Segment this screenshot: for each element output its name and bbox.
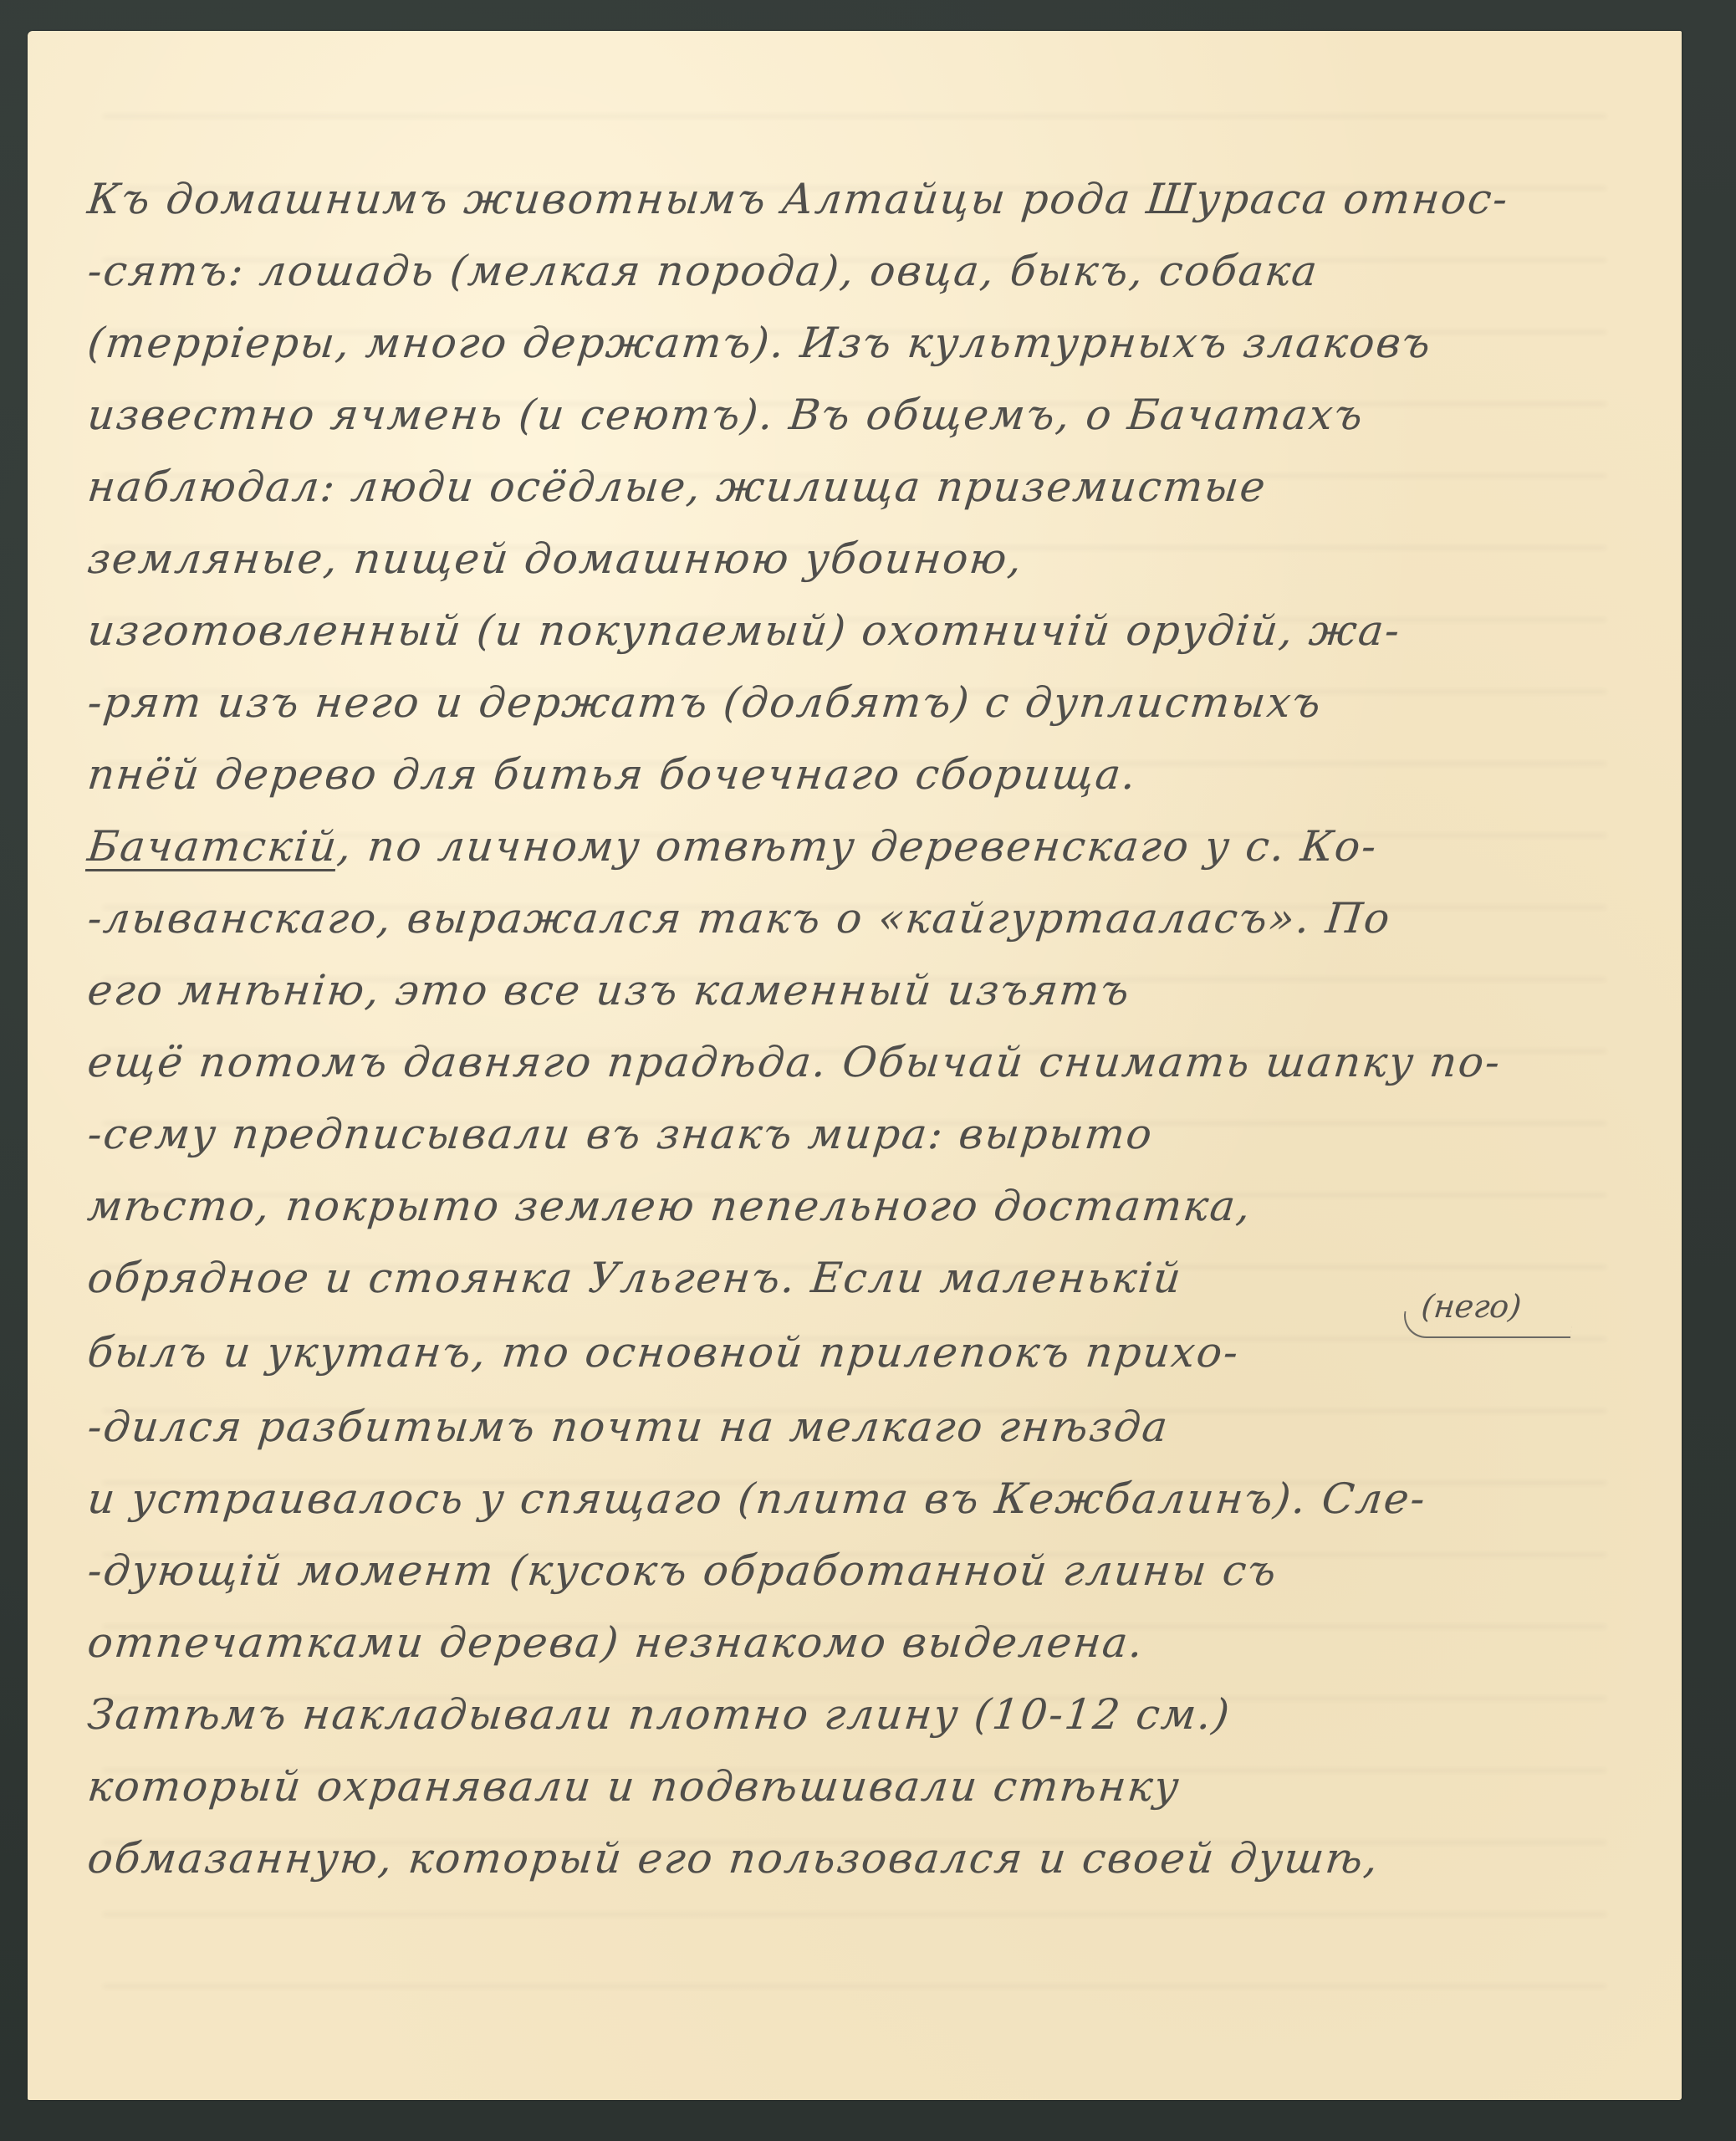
underlined-name: Бачатскій	[85, 822, 340, 871]
manuscript-line-7: изготовленный (и покупаемый) охотничій о…	[84, 595, 1680, 667]
manuscript-line-21: отпечатками дерева) незнакомо выделена.	[84, 1607, 1680, 1679]
manuscript-line-4: известно ячмень (и сеютъ). Въ общемъ, о …	[84, 379, 1680, 451]
handwritten-text-block: Къ домашнимъ животнымъ Алтайцы рода Шура…	[88, 163, 1677, 1894]
manuscript-line-24: обмазанную, который его пользовался и св…	[84, 1822, 1680, 1894]
interlinear-insertion: (него)	[1420, 1288, 1524, 1325]
manuscript-line-23: который охранявали и подвѣшивали стѣнку	[84, 1750, 1680, 1822]
manuscript-line-13: ещё потомъ давняго прадѣда. Обычай снима…	[84, 1026, 1680, 1098]
manuscript-line-8: -рят изъ него и держатъ (долбятъ) с дупл…	[84, 667, 1680, 738]
manuscript-line-14: -сему предписывали въ знакъ мира: вырыто	[84, 1098, 1680, 1170]
manuscript-line-10-rest: , по личному отвѣту деревенскаго у с. Ко…	[335, 822, 1380, 871]
manuscript-line-6: земляные, пищей домашнюю убоиною,	[84, 523, 1680, 595]
manuscript-line-18: -дился разбитымъ почти на мелкаго гнѣзда	[84, 1391, 1680, 1463]
manuscript-line-5: наблюдал: люди осёдлые, жилища приземист…	[84, 451, 1680, 523]
manuscript-line-10: Бачатскій, по личному отвѣту деревенскаг…	[84, 810, 1680, 882]
manuscript-line-12: его мнѣнію, это все изъ каменный изъятъ	[84, 954, 1680, 1026]
manuscript-line-15: мѣсто, покрыто землею пепельного достатк…	[84, 1170, 1680, 1242]
manuscript-line-22: Затѣмъ накладывали плотно глину (10-12 с…	[84, 1679, 1680, 1750]
manuscript-line-19: и устраивалось у спящаго (плита въ Кежба…	[84, 1463, 1680, 1535]
manuscript-line-3: (терріеры, много держатъ). Изъ культурны…	[84, 307, 1680, 379]
manuscript-line-11: -лыванскаго, выражался такъ о «кайгуртаа…	[84, 882, 1680, 954]
manuscript-line-9: пнёй дерево для битья бочечнаго сборища.	[84, 738, 1680, 810]
manuscript-line-20: -дующій момент (кусокъ обработанной глин…	[84, 1535, 1680, 1607]
manuscript-line-1: Къ домашнимъ животнымъ Алтайцы рода Шура…	[84, 163, 1680, 235]
manuscript-line-2: -сятъ: лошадь (мелкая порода), овца, бык…	[84, 235, 1680, 307]
